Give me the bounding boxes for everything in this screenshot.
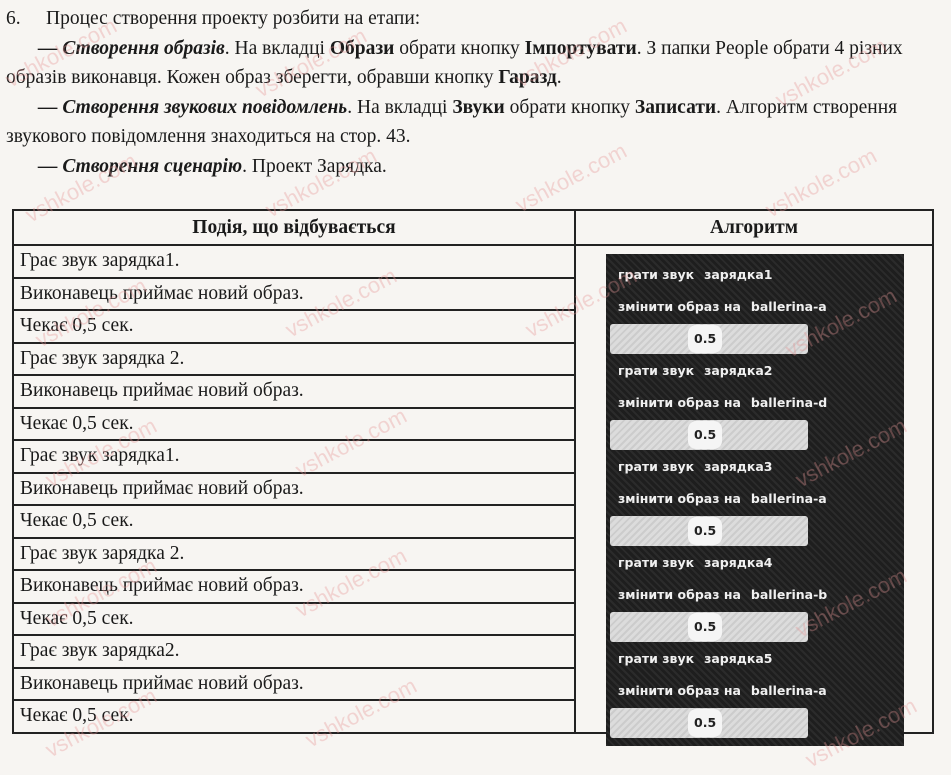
event-cell: Виконавець приймає новий образ. xyxy=(13,278,575,311)
block-label: змінити образ на xyxy=(618,677,741,705)
wait-value: 0.5 xyxy=(688,517,722,545)
step-title: — Створення образів xyxy=(38,38,225,59)
costume-block: змінити образ наballerina-a xyxy=(610,292,900,322)
event-cell: Чекає 0,5 сек. xyxy=(13,310,575,343)
step-paragraph: — Створення звукових повідомлень. На вкл… xyxy=(6,93,946,152)
table-body: Грає звук зарядка1.грати звукзарядка1змі… xyxy=(13,245,933,733)
block-param: зарядка5 xyxy=(704,645,772,673)
ui-term: Записати xyxy=(635,97,716,118)
costume-block: змінити образ наballerina-a xyxy=(610,484,900,514)
exercise-intro: 6.Процес створення проекту розбити на ет… xyxy=(6,4,946,34)
steps-list: — Створення образів. На вкладці Образи о… xyxy=(6,34,946,182)
wait-block: 0.5 xyxy=(610,612,808,642)
wait-block: 0.5 xyxy=(610,420,808,450)
block-label: грати звук xyxy=(618,261,694,289)
block-label: змінити образ на xyxy=(618,485,741,513)
wait-block: 0.5 xyxy=(610,708,808,738)
block-param: зарядка2 xyxy=(704,357,772,385)
event-cell: Грає звук зарядка2. xyxy=(13,635,575,668)
exercise-text: 6.Процес створення проекту розбити на ет… xyxy=(6,4,946,181)
step-title: — Створення звукових повідомлень xyxy=(38,97,347,118)
block-param: ballerina-d xyxy=(751,389,827,417)
event-cell: Виконавець приймає новий образ. xyxy=(13,375,575,408)
event-cell: Грає звук зарядка 2. xyxy=(13,343,575,376)
scenario-table: Подія, що відбувається Алгоритм Грає зву… xyxy=(12,209,934,734)
table-row: Грає звук зарядка1.грати звукзарядка1змі… xyxy=(13,245,933,278)
ui-term: Імпортувати xyxy=(525,38,637,59)
block-param: зарядка4 xyxy=(704,549,772,577)
event-cell: Виконавець приймає новий образ. xyxy=(13,668,575,701)
ui-term: Образи xyxy=(330,38,395,59)
step-text: обрати кнопку xyxy=(505,97,635,118)
algorithm-cell: грати звукзарядка1змінити образ наballer… xyxy=(575,245,933,733)
sound-block: грати звукзарядка3 xyxy=(610,452,900,482)
event-cell: Виконавець приймає новий образ. xyxy=(13,473,575,506)
wait-block: 0.5 xyxy=(610,516,808,546)
block-label: змінити образ на xyxy=(618,389,741,417)
block-label: змінити образ на xyxy=(618,293,741,321)
wait-value: 0.5 xyxy=(688,709,722,737)
block-param: ballerina-a xyxy=(751,677,827,705)
step-paragraph: — Створення образів. На вкладці Образи о… xyxy=(6,34,946,93)
block-label: змінити образ на xyxy=(618,581,741,609)
table-header-row: Подія, що відбувається Алгоритм xyxy=(13,210,933,245)
intro-text: Процес створення проекту розбити на етап… xyxy=(46,8,420,29)
scratch-script-image: грати звукзарядка1змінити образ наballer… xyxy=(606,254,904,746)
sound-block: грати звукзарядка1 xyxy=(610,260,900,290)
costume-block: змінити образ наballerina-a xyxy=(610,676,900,706)
block-label: грати звук xyxy=(618,357,694,385)
event-cell: Грає звук зарядка1. xyxy=(13,245,575,278)
wait-value: 0.5 xyxy=(688,613,722,641)
block-param: ballerina-a xyxy=(751,485,827,513)
event-cell: Чекає 0,5 сек. xyxy=(13,505,575,538)
step-text: . На вкладці xyxy=(225,38,330,59)
block-param: зарядка1 xyxy=(704,261,772,289)
exercise-number: 6. xyxy=(6,4,46,34)
block-label: грати звук xyxy=(618,453,694,481)
step-text: . Проект Зарядка. xyxy=(242,156,387,177)
wait-value: 0.5 xyxy=(688,325,722,353)
wait-value: 0.5 xyxy=(688,421,722,449)
step-paragraph: — Створення сценарію. Проект Зарядка. xyxy=(6,152,946,182)
block-label: грати звук xyxy=(618,645,694,673)
textbook-page: 6.Процес створення проекту розбити на ет… xyxy=(0,0,951,775)
event-cell: Грає звук зарядка1. xyxy=(13,440,575,473)
step-text: обрати кнопку xyxy=(394,38,524,59)
costume-block: змінити образ наballerina-d xyxy=(610,388,900,418)
event-cell: Чекає 0,5 сек. xyxy=(13,700,575,733)
event-cell: Чекає 0,5 сек. xyxy=(13,408,575,441)
step-title: — Створення сценарію xyxy=(38,156,242,177)
event-cell: Виконавець приймає новий образ. xyxy=(13,570,575,603)
ui-term: Звуки xyxy=(452,97,504,118)
header-event: Подія, що відбувається xyxy=(13,210,575,245)
step-text: . xyxy=(557,67,562,88)
block-param: ballerina-a xyxy=(751,293,827,321)
sound-block: грати звукзарядка2 xyxy=(610,356,900,386)
block-label: грати звук xyxy=(618,549,694,577)
event-cell: Грає звук зарядка 2. xyxy=(13,538,575,571)
ui-term: Гаразд xyxy=(498,67,556,88)
costume-block: змінити образ наballerina-b xyxy=(610,580,900,610)
step-text: . На вкладці xyxy=(347,97,452,118)
block-param: ballerina-b xyxy=(751,581,827,609)
event-cell: Чекає 0,5 сек. xyxy=(13,603,575,636)
header-algorithm: Алгоритм xyxy=(575,210,933,245)
wait-block: 0.5 xyxy=(610,324,808,354)
sound-block: грати звукзарядка4 xyxy=(610,548,900,578)
sound-block: грати звукзарядка5 xyxy=(610,644,900,674)
block-param: зарядка3 xyxy=(704,453,772,481)
